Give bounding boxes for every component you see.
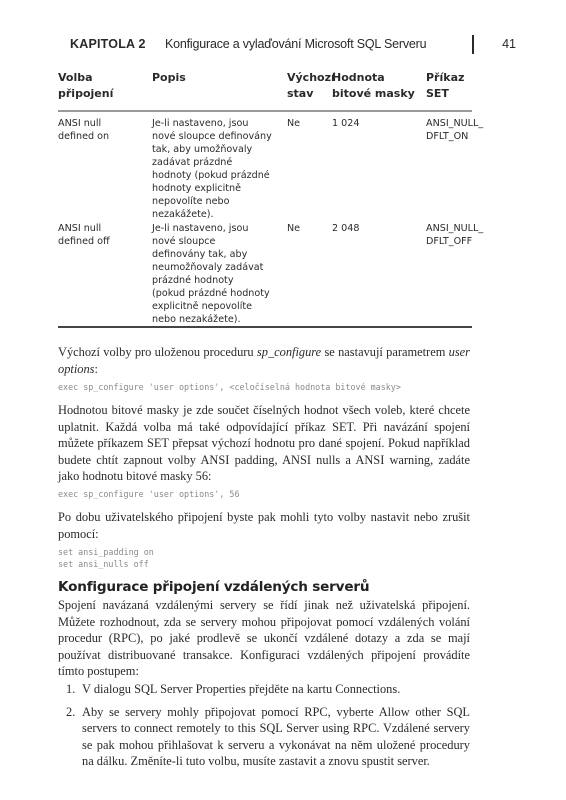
cell-default: Ne (287, 222, 331, 235)
header-default: Výchozístav (287, 70, 331, 102)
cell-bitmask: 2 048 (332, 222, 417, 235)
header-bitmask: Hodnotabitové masky (332, 70, 417, 102)
header-divider (472, 35, 474, 54)
paragraph-session: Po dobu uživatelského připojení byste pa… (58, 509, 470, 542)
list-number: 1. (66, 681, 75, 698)
table-header: Volbapřipojení Popis Výchozístav Hodnota… (58, 70, 472, 106)
code-block-exec: exec sp_configure 'user options', <celoč… (58, 381, 498, 393)
cell-bitmask: 1 024 (332, 117, 417, 130)
code-block-set: set ansi_padding on set ansi_nulls off (58, 546, 498, 570)
paragraph-remote-intro: Spojení navázaná vzdálenými servery se ř… (58, 597, 470, 680)
table-top-rule (58, 110, 472, 112)
header-option: Volbapřipojení (58, 70, 148, 102)
cell-set: ANSI_NULL_DFLT_ON (426, 117, 486, 143)
code-block-exec-56: exec sp_configure 'user options', 56 (58, 488, 498, 500)
list-number: 2. (66, 704, 75, 721)
chapter-title: Konfigurace a vylaďování Microsoft SQL S… (165, 37, 426, 51)
cell-option: ANSI nulldefined on (58, 117, 148, 143)
list-item: 1. V dialogu SQL Server Properties přejd… (58, 681, 470, 698)
running-header: KAPITOLA 2 Konfigurace a vylaďování Micr… (70, 37, 518, 55)
cell-option: ANSI nulldefined off (58, 222, 148, 248)
options-table: Volbapřipojení Popis Výchozístav Hodnota… (58, 70, 472, 106)
header-set: PříkazSET (426, 70, 486, 102)
page-number: 41 (502, 37, 516, 51)
cell-description: Je-li nastaveno, jsounové sloupce defino… (152, 117, 282, 221)
cell-description: Je-li nastaveno, jsounové sloupce defino… (152, 222, 282, 326)
table-bottom-rule (58, 326, 472, 328)
header-description: Popis (152, 70, 282, 86)
chapter-label: KAPITOLA 2 (70, 37, 146, 51)
cell-set: ANSI_NULL_DFLT_OFF (426, 222, 486, 248)
section-heading: Konfigurace připojení vzdálených serverů (58, 579, 369, 595)
cell-default: Ne (287, 117, 331, 130)
paragraph-user-options: Výchozí volby pro uloženou proceduru sp_… (58, 344, 470, 377)
steps-list: 1. V dialogu SQL Server Properties přejd… (58, 681, 470, 776)
book-page: KAPITOLA 2 Konfigurace a vylaďování Micr… (0, 0, 566, 800)
list-item: 2. Aby se servery mohly připojovat pomoc… (58, 704, 470, 770)
paragraph-bitmask: Hodnotou bitové masky je zde součet číse… (58, 402, 470, 485)
